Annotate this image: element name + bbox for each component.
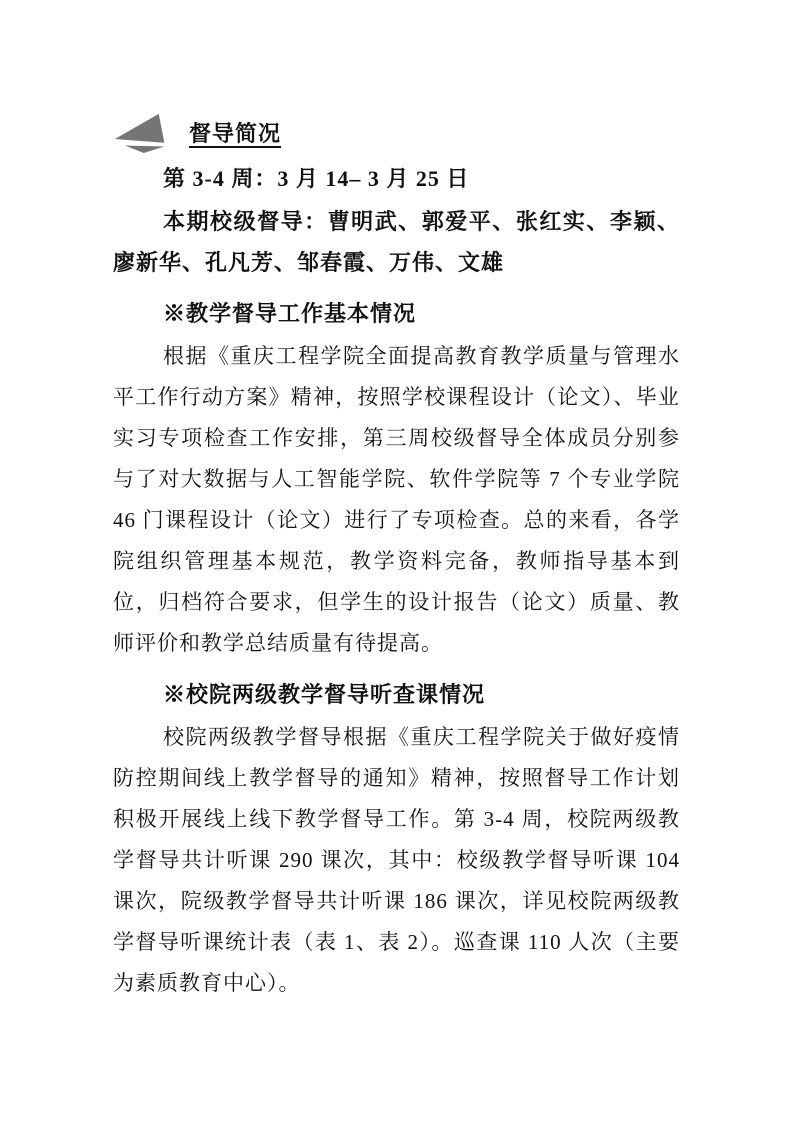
week-range-line: 第 3-4 周：3 月 14– 3 月 25 日 (113, 158, 680, 199)
paper-plane-icon (113, 110, 169, 155)
section-2-heading: ※校院两级教学督导听查课情况 (113, 674, 680, 715)
supervisors-line: 本期校级督导：曹明武、郭爱平、张红实、李颖、廖新华、孔凡芳、邹春霞、万伟、文雄 (113, 201, 680, 283)
document-header: 督导简况 (113, 112, 680, 152)
section-1-paragraph: 根据《重庆工程学院全面提高教育教学质量与管理水平工作行动方案》精神，按照学校课程… (113, 336, 680, 664)
page-title: 督导简况 (189, 117, 281, 148)
section-1-heading: ※教学督导工作基本情况 (113, 293, 680, 334)
document-page: 督导简况 第 3-4 周：3 月 14– 3 月 25 日 本期校级督导：曹明武… (0, 0, 793, 1122)
section-2-paragraph: 校院两级教学督导根据《重庆工程学院关于做好疫情防控期间线上教学督导的通知》精神，… (113, 717, 680, 1004)
document-content: 督导简况 第 3-4 周：3 月 14– 3 月 25 日 本期校级督导：曹明武… (113, 112, 680, 1004)
